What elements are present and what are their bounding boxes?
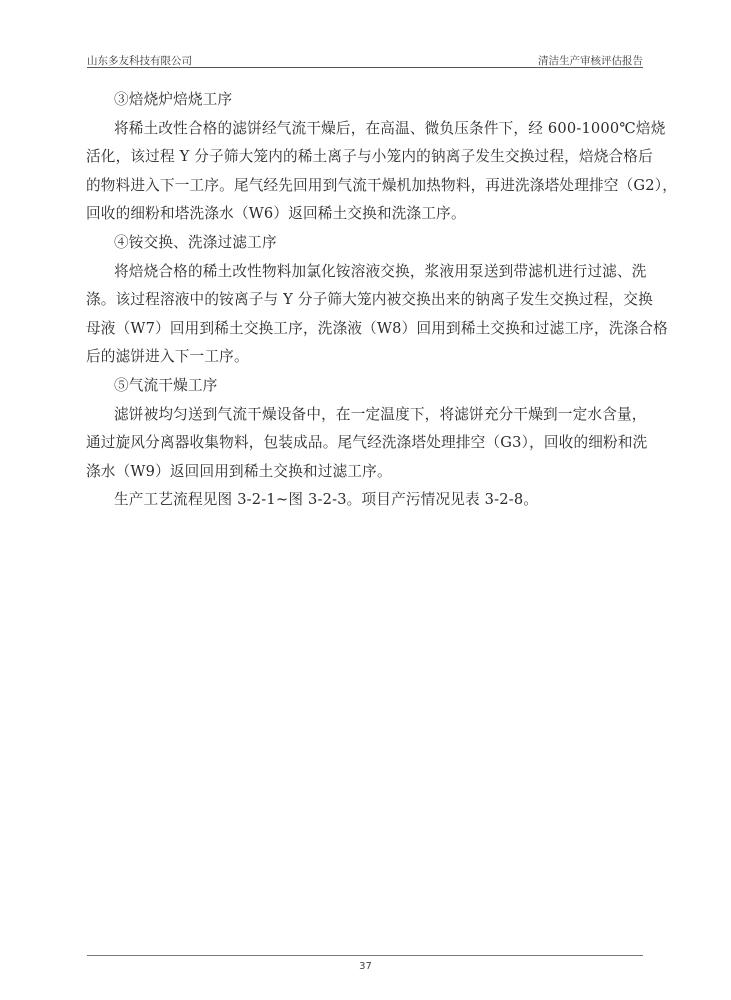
paragraph-line: 的物料进入下一工序。尾气经先回用到气流干燥机加热物料，再进洗涤塔处理排空（G2）…: [86, 172, 644, 201]
paragraph-line: 将稀土改性合格的滤饼经气流干燥后，在高温、微负压条件下，经 600-1000℃焙…: [86, 115, 644, 144]
paragraph-line: 滤饼被均匀送到气流干燥设备中，在一定温度下，将滤饼充分干燥到一定水含量，: [86, 401, 644, 430]
paragraph-line: 通过旋风分离器收集物料，包装成品。尾气经洗涤塔处理排空（G3），回收的细粉和洗: [86, 429, 644, 458]
paragraph-line: 将焙烧合格的稀土改性物料加氯化铵溶液交换，浆液用泵送到带滤机进行过滤、洗: [86, 258, 644, 287]
page-header: 山东多友科技有限公司 清洁生产审核评估报告: [87, 50, 643, 68]
paragraph-line: 母液（W7）回用到稀土交换工序，洗涤液（W8）回用到稀土交换和过滤工序，洗涤合格: [86, 315, 644, 344]
section-heading: ⑤气流干燥工序: [86, 372, 644, 401]
paragraph-line: 涤水（W9）返回回用到稀土交换和过滤工序。: [86, 458, 644, 487]
document-body: ③焙烧炉焙烧工序 将稀土改性合格的滤饼经气流干燥后，在高温、微负压条件下，经 6…: [86, 86, 644, 515]
page-number: 37: [0, 961, 731, 972]
paragraph-line: 回收的细粉和塔洗涤水（W6）返回稀土交换和洗涤工序。: [86, 200, 644, 229]
section-heading: ④铵交换、洗涤过滤工序: [86, 229, 644, 258]
footer-divider: [87, 955, 643, 956]
paragraph-line: 后的滤饼进入下一工序。: [86, 343, 644, 372]
report-title: 清洁生产审核评估报告: [538, 53, 643, 68]
company-name: 山东多友科技有限公司: [87, 53, 192, 68]
section-heading: ③焙烧炉焙烧工序: [86, 86, 644, 115]
closing-paragraph: 生产工艺流程见图 3-2-1~图 3-2-3。项目产污情况见表 3-2-8。: [86, 486, 644, 515]
paragraph-line: 活化，该过程 Y 分子筛大笼内的稀土离子与小笼内的钠离子发生交换过程，焙烧合格后: [86, 143, 644, 172]
paragraph-line: 涤。该过程溶液中的铵离子与 Y 分子筛大笼内被交换出来的钠离子发生交换过程，交换: [86, 286, 644, 315]
header-divider: [87, 67, 643, 68]
